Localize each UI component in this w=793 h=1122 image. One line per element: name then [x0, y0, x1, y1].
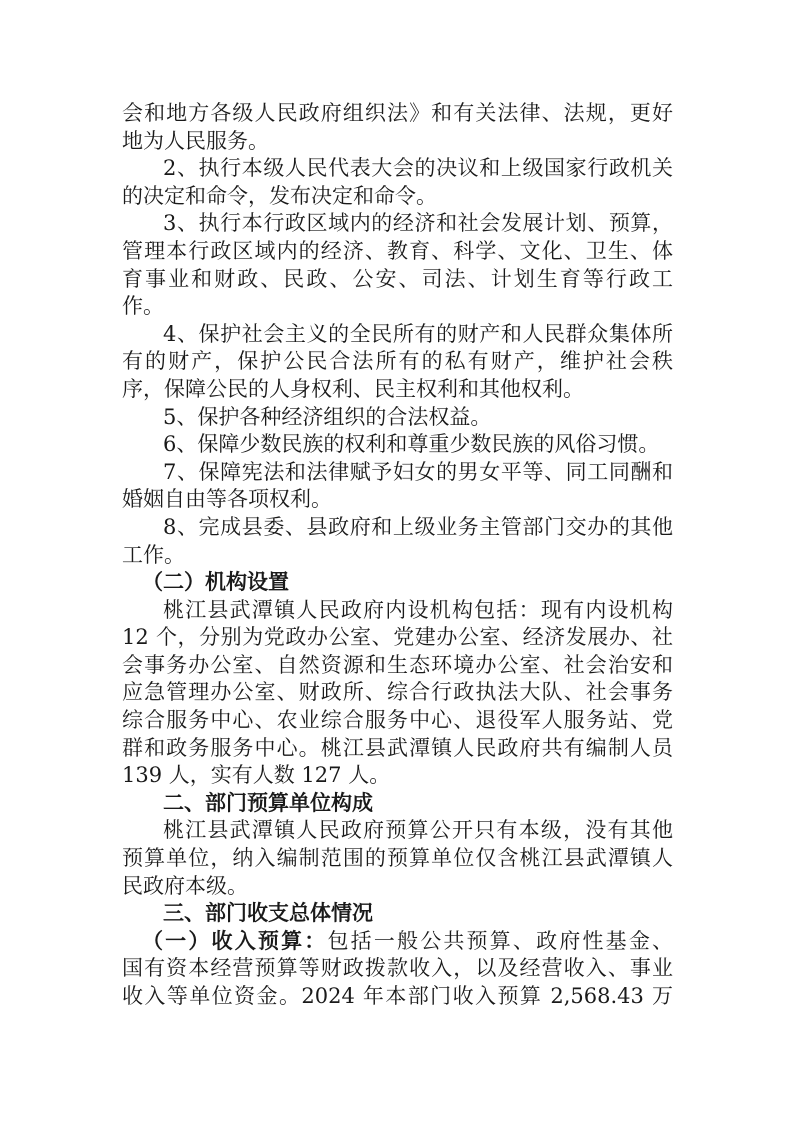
income-budget-label: （一）收入预算：: [142, 929, 327, 953]
text-line: 139 人，实有人数 127 人。: [122, 762, 673, 790]
text-line: 工作。: [122, 542, 673, 570]
text-line: 国有资本经营预算等财政拨款收入，以及经营收入、事业: [122, 955, 673, 983]
paragraph-org-setup: 桃江县武潭镇人民政府内设机构包括：现有内设机构: [122, 597, 673, 625]
list-item-3: 3、执行本行政区域内的经济和社会发展计划、预算，: [122, 210, 673, 238]
list-item-2: 2、执行本级人民代表大会的决议和上级国家行政机关: [122, 155, 673, 183]
text-line: 民政府本级。: [122, 873, 673, 901]
text-line: 地为人民服务。: [122, 128, 673, 156]
list-item-5: 5、保护各种经济组织的合法权益。: [122, 404, 673, 432]
subheading-org-setup: （二）机构设置: [122, 569, 673, 597]
text-line: 序，保障公民的人身权利、民主权利和其他权利。: [122, 376, 673, 404]
text-line: 的决定和命令，发布决定和命令。: [122, 183, 673, 211]
text-line: 收入等单位资金。2024 年本部门收入预算 2,568.43 万元，: [122, 983, 673, 1011]
heading-budget-units: 二、部门预算单位构成: [122, 790, 673, 818]
text-line: 应急管理办公室、财政所、综合行政执法大队、社会事务: [122, 679, 673, 707]
paragraph-income-budget: （一）收入预算：包括一般公共预算、政府性基金、: [122, 928, 673, 956]
text-line: 有的财产，保护公民合法所有的私有财产，维护社会秩: [122, 348, 673, 376]
list-item-4: 4、保护社会主义的全民所有的财产和人民群众集体所: [122, 321, 673, 349]
text-line: 会事务办公室、自然资源和生态环境办公室、社会治安和: [122, 652, 673, 680]
list-item-6: 6、保障少数民族的权利和尊重少数民族的风俗习惯。: [122, 431, 673, 459]
heading-income-expenditure: 三、部门收支总体情况: [122, 900, 673, 928]
paragraph-budget-units: 桃江县武潭镇人民政府预算公开只有本级，没有其他: [122, 817, 673, 845]
text-line: 12 个，分别为党政办公室、党建办公室、经济发展办、社: [122, 624, 673, 652]
text-span: 包括一般公共预算、政府性基金、: [327, 929, 673, 953]
document-page: 会和地方各级人民政府组织法》和有关法律、法规，更好 地为人民服务。 2、执行本级…: [122, 100, 673, 1011]
list-item-8: 8、完成县委、县政府和上级业务主管部门交办的其他: [122, 514, 673, 542]
text-line: 育事业和财政、民政、公安、司法、计划生育等行政工: [122, 266, 673, 294]
text-line: 群和政务服务中心。桃江县武潭镇人民政府共有编制人员: [122, 735, 673, 763]
text-line: 管理本行政区域内的经济、教育、科学、文化、卫生、体: [122, 238, 673, 266]
text-line: 会和地方各级人民政府组织法》和有关法律、法规，更好: [122, 100, 673, 128]
text-line: 综合服务中心、农业综合服务中心、退役军人服务站、党: [122, 707, 673, 735]
list-item-7: 7、保障宪法和法律赋予妇女的男女平等、同工同酬和: [122, 459, 673, 487]
text-line: 预算单位，纳入编制范围的预算单位仅含桃江县武潭镇人: [122, 845, 673, 873]
text-line: 婚姻自由等各项权利。: [122, 486, 673, 514]
text-line: 作。: [122, 293, 673, 321]
